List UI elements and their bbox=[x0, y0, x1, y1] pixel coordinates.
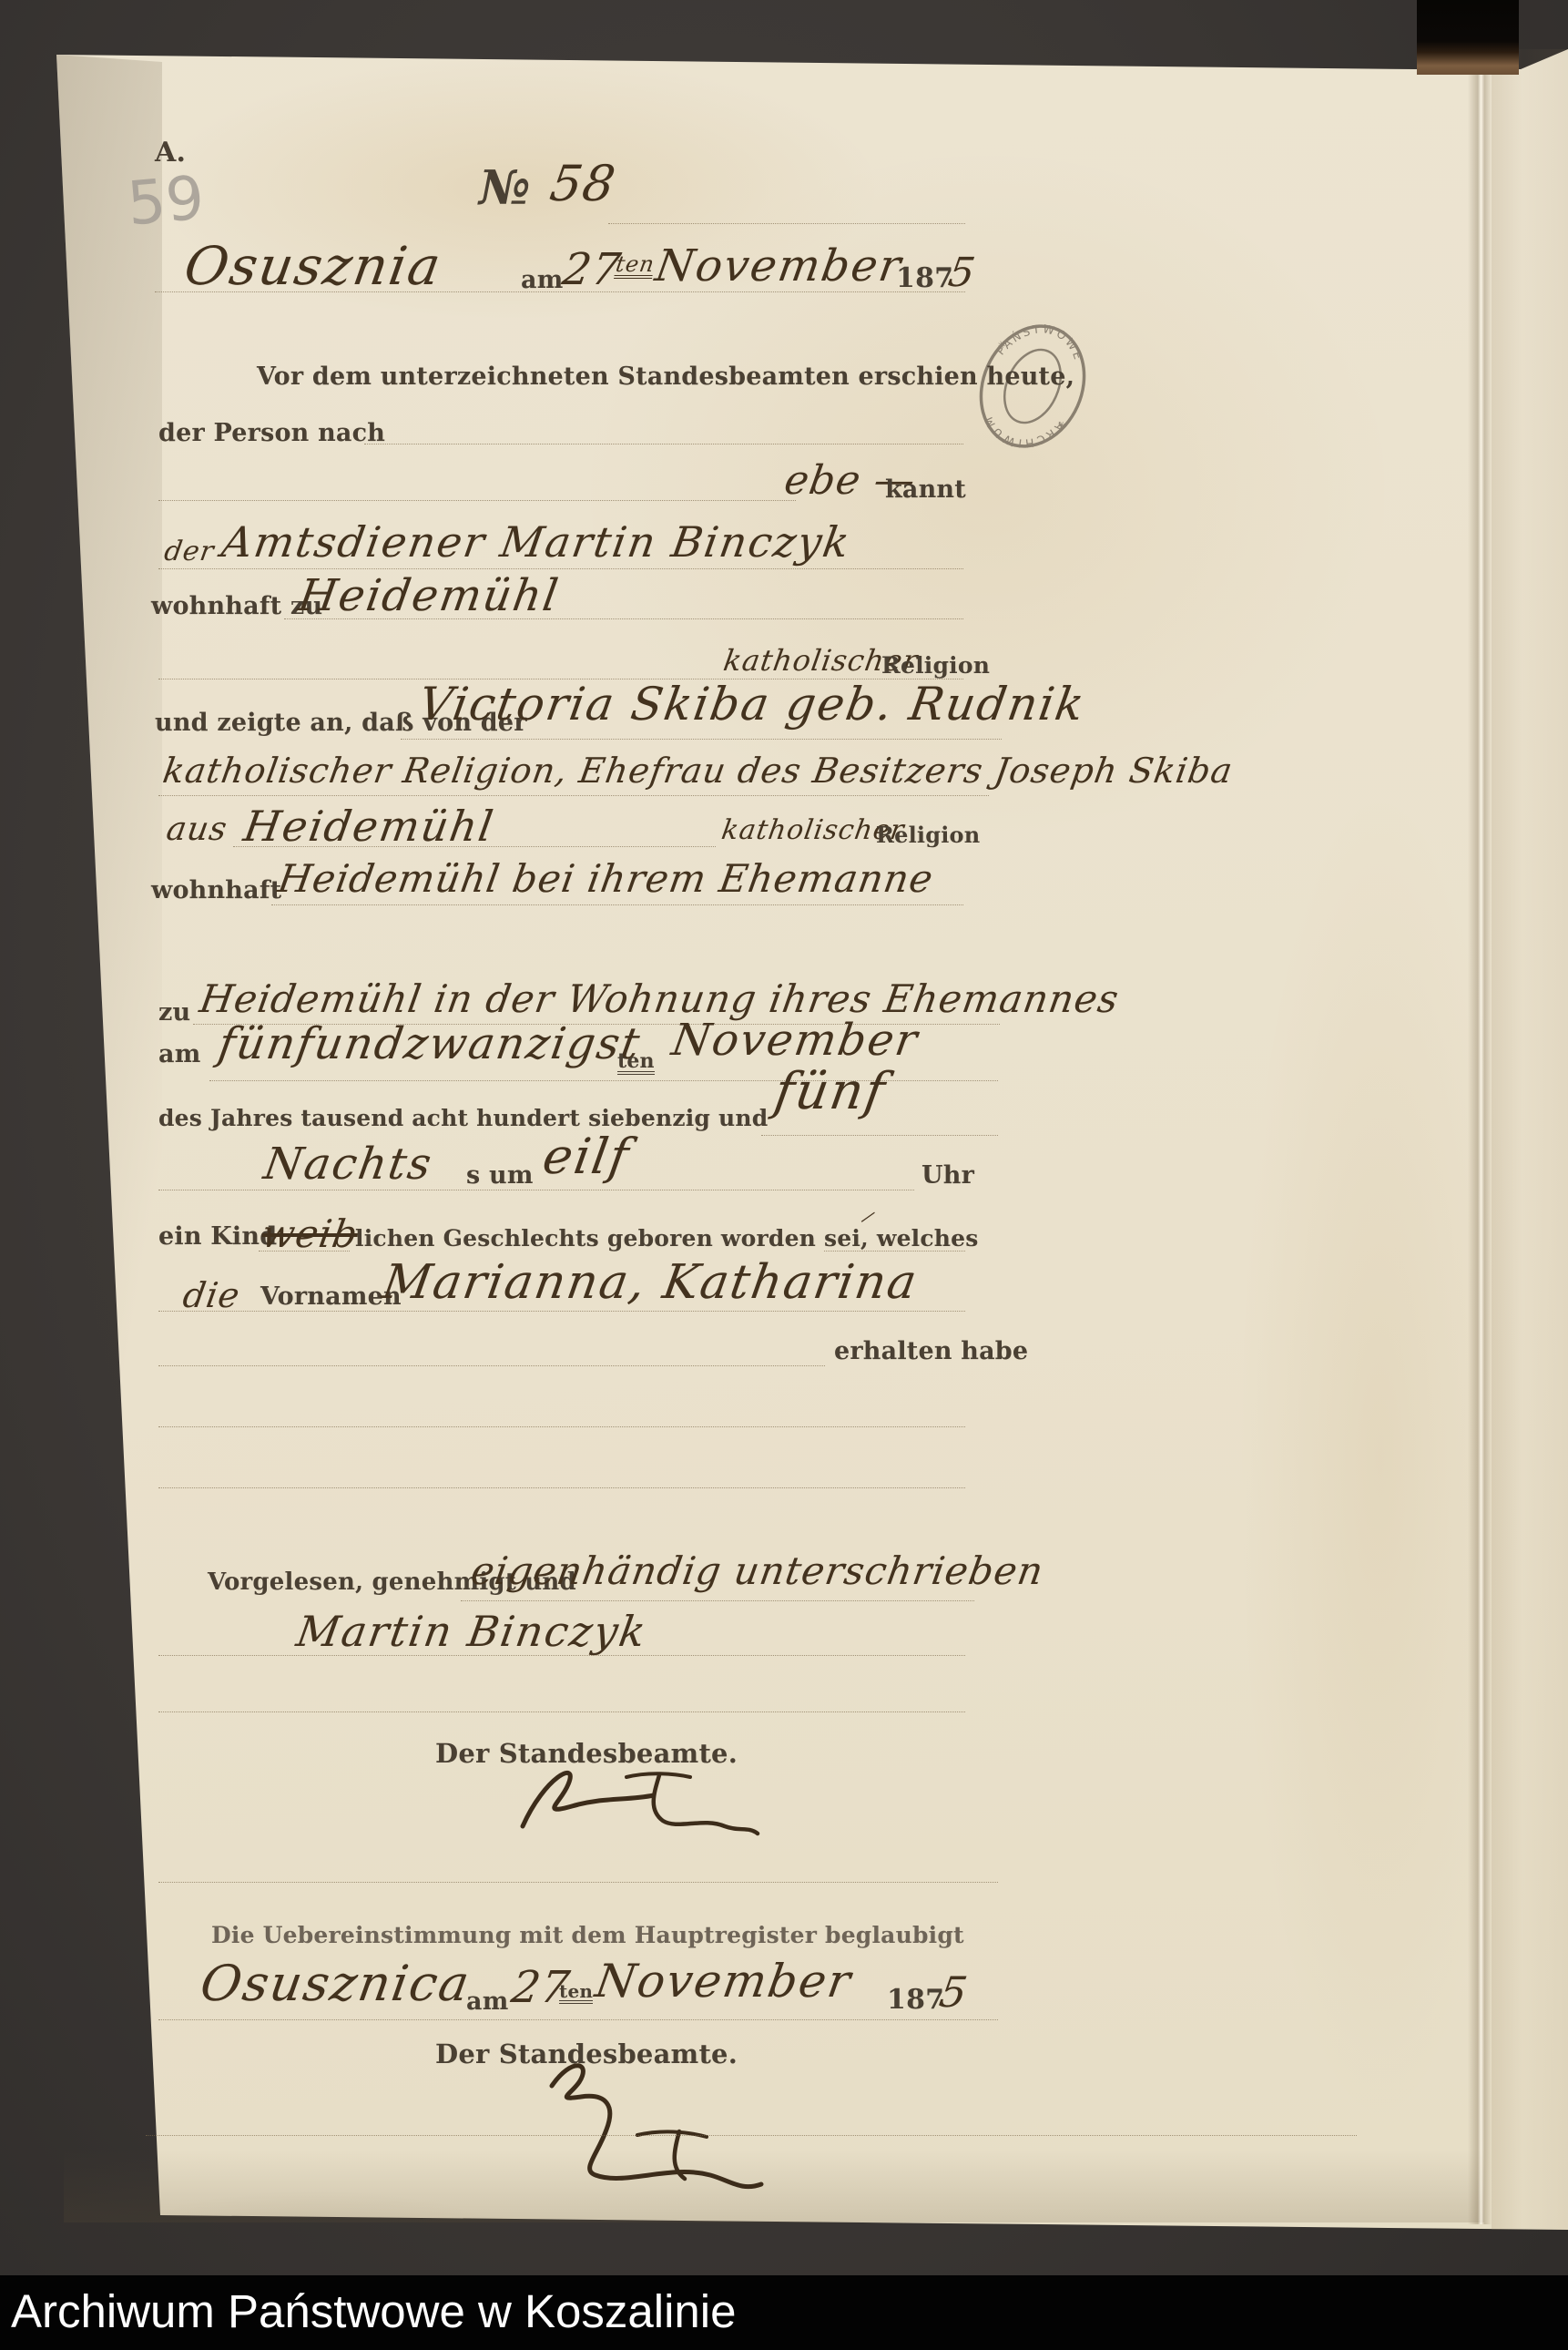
dotted-line bbox=[364, 444, 963, 444]
printed-erhalten-habe: erhalten habe bbox=[834, 1337, 1028, 1365]
printed-intro: Vor dem unterzeichneten Standesbeamten e… bbox=[257, 363, 1074, 391]
printed-des-jahres: des Jahres tausend acht hundert siebenzi… bbox=[158, 1105, 768, 1131]
book-spine-headband bbox=[1417, 0, 1519, 75]
dotted-line bbox=[158, 1487, 965, 1488]
dotted-line bbox=[158, 500, 796, 501]
printed-s-um: s um bbox=[466, 1161, 534, 1190]
declarant-residence: Heidemühl bbox=[295, 570, 563, 621]
printed-am-3: am bbox=[466, 1987, 508, 2016]
mother-residence: Heidemühl bei ihrem Ehemanne bbox=[275, 856, 937, 901]
printed-religion-1: Religion bbox=[881, 652, 990, 679]
handwritten-aus: aus bbox=[164, 811, 230, 848]
archive-watermark: Archiwum Państwowe w Koszalinie bbox=[0, 2275, 1568, 2350]
record-year-printed: 187 bbox=[896, 262, 953, 294]
printed-beglaubigt: Die Uebereinstimmung mit dem Hauptregist… bbox=[211, 1922, 964, 1948]
handwritten-die: die bbox=[180, 1275, 243, 1315]
declarant-name: Amtsdiener Martin Binczyk bbox=[219, 517, 854, 567]
declarant-signature: Martin Binczyk bbox=[293, 1607, 651, 1656]
dotted-line bbox=[158, 1655, 965, 1656]
book-fold-crease bbox=[1468, 64, 1492, 2224]
child-given-names: Marianna, Katharina bbox=[379, 1255, 922, 1310]
certification-year-printed: 187 bbox=[887, 1984, 944, 2016]
printed-lichen: lichen Geschlechts geboren worden sei, w… bbox=[355, 1225, 979, 1252]
dotted-line bbox=[158, 1311, 965, 1312]
numero-sign: № bbox=[479, 160, 531, 216]
dotted-line bbox=[146, 2135, 1357, 2136]
dotted-line bbox=[158, 1711, 965, 1712]
printed-am: am bbox=[521, 266, 563, 294]
dotted-line bbox=[158, 568, 963, 569]
registrar-signature bbox=[492, 1753, 765, 1854]
dotted-line bbox=[761, 1135, 998, 1136]
handwritten-signed-note: eigenhändig unterschrieben bbox=[468, 1548, 1047, 1593]
record-day-suffix: ten bbox=[614, 253, 657, 279]
dotted-line bbox=[158, 1190, 914, 1190]
dotted-line bbox=[158, 795, 989, 796]
birth-day: fünfundzwanzigst bbox=[215, 1018, 645, 1069]
dotted-line bbox=[158, 2019, 998, 2020]
birth-year: fünf bbox=[770, 1062, 891, 1121]
mother-detail-line: katholischer Religion, Ehefrau des Besit… bbox=[160, 751, 1236, 791]
birth-month: November bbox=[668, 1015, 922, 1066]
birth-place: Heidemühl in der Wohnung ihres Ehemannes bbox=[197, 976, 1122, 1021]
record-place: Osusznia bbox=[180, 235, 446, 297]
printed-person-nach: der Person nach bbox=[158, 419, 385, 447]
time-of-day: Nachts bbox=[260, 1139, 436, 1190]
printed-kannt: kannt bbox=[885, 475, 966, 504]
dotted-line bbox=[824, 1251, 965, 1252]
printed-ten: ten bbox=[617, 1051, 655, 1075]
dotted-line bbox=[401, 739, 1002, 740]
record-number: 58 bbox=[546, 155, 620, 212]
page-left-edge-shadow bbox=[53, 53, 180, 2217]
printed-zu: zu bbox=[158, 998, 190, 1027]
record-month: November bbox=[652, 240, 906, 291]
dotted-line bbox=[284, 618, 963, 619]
child-sex: weib bbox=[259, 1211, 361, 1256]
dotted-line bbox=[158, 1882, 998, 1883]
certification-month: November bbox=[592, 1955, 856, 2008]
dotted-line bbox=[608, 223, 965, 224]
printed-religion-2: Religion bbox=[876, 822, 980, 848]
archival-scan: A. 59 № 58 Osusznia am 27 ten November 1… bbox=[0, 0, 1568, 2350]
dotted-line bbox=[461, 1600, 974, 1601]
dotted-line bbox=[271, 904, 963, 905]
printed-am-2: am bbox=[158, 1040, 200, 1068]
certification-place: Osusznica bbox=[197, 1955, 474, 2012]
printed-uhr: Uhr bbox=[921, 1161, 974, 1190]
printed-ten-2: ten bbox=[559, 1982, 593, 2004]
handwritten-der: der bbox=[162, 536, 217, 567]
mother-name: Victoria Skiba geb. Rudnik bbox=[415, 678, 1089, 731]
registrar-signature-2 bbox=[492, 2048, 783, 2221]
pencil-page-number: 59 bbox=[125, 162, 207, 239]
printed-wohnhaft: wohnhaft bbox=[151, 876, 281, 904]
dotted-line bbox=[158, 1426, 965, 1427]
dotted-line bbox=[259, 1251, 350, 1252]
mother-origin-place: Heidemühl bbox=[240, 802, 498, 851]
next-page-edge bbox=[1492, 49, 1568, 2230]
birth-hour: eilf bbox=[539, 1128, 634, 1185]
dotted-line bbox=[155, 291, 965, 292]
dotted-line bbox=[233, 846, 716, 847]
dotted-line bbox=[158, 1365, 825, 1366]
